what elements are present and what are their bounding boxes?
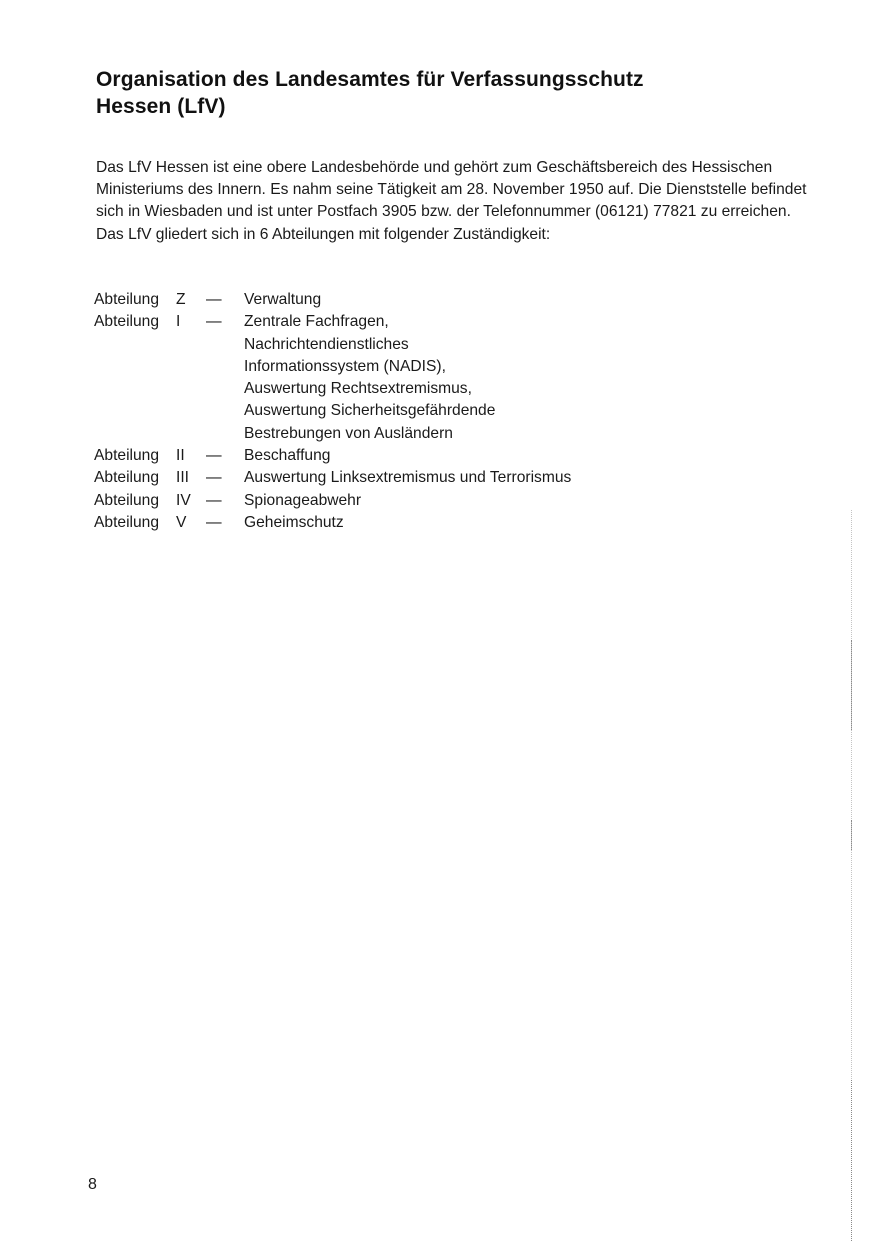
department-description-line: Beschaffung	[244, 445, 714, 467]
scan-edge-artifact	[851, 820, 852, 850]
department-description-line: Spionageabwehr	[244, 490, 714, 512]
department-description-line: Geheimschutz	[244, 512, 714, 534]
department-id: I	[174, 311, 206, 333]
page-number: 8	[88, 1176, 97, 1194]
scan-edge-artifact	[851, 1080, 852, 1241]
department-description: Zentrale Fachfragen,Nachrichtendienstlic…	[244, 311, 714, 445]
department-row: AbteilungV—Geheimschutz	[94, 512, 714, 534]
department-row: AbteilungI—Zentrale Fachfragen,Nachricht…	[94, 311, 714, 445]
department-description: Verwaltung	[244, 289, 714, 311]
department-label: Abteilung	[94, 467, 174, 489]
department-label: Abteilung	[94, 289, 174, 311]
department-dash: —	[206, 289, 244, 311]
department-label: Abteilung	[94, 311, 174, 333]
department-dash: —	[206, 311, 244, 333]
department-id: III	[174, 467, 206, 489]
department-description-line: Bestrebungen von Ausländern	[244, 423, 714, 445]
department-description: Spionageabwehr	[244, 490, 714, 512]
department-description-line: Verwaltung	[244, 289, 714, 311]
department-dash: —	[206, 512, 244, 534]
department-description: Auswertung Linksextremismus und Terroris…	[244, 467, 714, 489]
department-description-line: Nachrichtendienstliches	[244, 334, 714, 356]
page-title: Organisation des Landesamtes für Verfass…	[96, 66, 796, 120]
department-row: AbteilungIV—Spionageabwehr	[94, 490, 714, 512]
scan-edge-artifact	[851, 640, 852, 730]
department-description-line: Auswertung Rechtsextremismus,	[244, 378, 714, 400]
department-label: Abteilung	[94, 445, 174, 467]
department-description-line: Auswertung Linksextremismus und Terroris…	[244, 467, 714, 489]
department-label: Abteilung	[94, 512, 174, 534]
department-list: AbteilungZ—VerwaltungAbteilungI—Zentrale…	[94, 289, 714, 534]
department-dash: —	[206, 467, 244, 489]
title-line-2: Hessen (LfV)	[96, 95, 226, 118]
department-description-line: Auswertung Sicherheitsgefährdende	[244, 400, 714, 422]
department-id: II	[174, 445, 206, 467]
department-label: Abteilung	[94, 490, 174, 512]
department-description-line: Zentrale Fachfragen,	[244, 311, 714, 333]
department-id: Z	[174, 289, 206, 311]
department-description: Geheimschutz	[244, 512, 714, 534]
department-id: IV	[174, 490, 206, 512]
department-dash: —	[206, 490, 244, 512]
department-dash: —	[206, 445, 244, 467]
title-line-1: Organisation des Landesamtes für Verfass…	[96, 68, 644, 91]
department-description-line: Informationssystem (NADIS),	[244, 356, 714, 378]
intro-section: Das LfV Hessen ist eine obere Landesbehö…	[96, 157, 816, 246]
document-page: Organisation des Landesamtes für Verfass…	[0, 0, 874, 1241]
intro-paragraph: Das LfV Hessen ist eine obere Landesbehö…	[96, 157, 816, 224]
department-description: Beschaffung	[244, 445, 714, 467]
department-row: AbteilungIII—Auswertung Linksextremismus…	[94, 467, 714, 489]
department-row: AbteilungZ—Verwaltung	[94, 289, 714, 311]
intro-lead: Das LfV gliedert sich in 6 Abteilungen m…	[96, 224, 816, 246]
department-row: AbteilungII—Beschaffung	[94, 445, 714, 467]
department-id: V	[174, 512, 206, 534]
